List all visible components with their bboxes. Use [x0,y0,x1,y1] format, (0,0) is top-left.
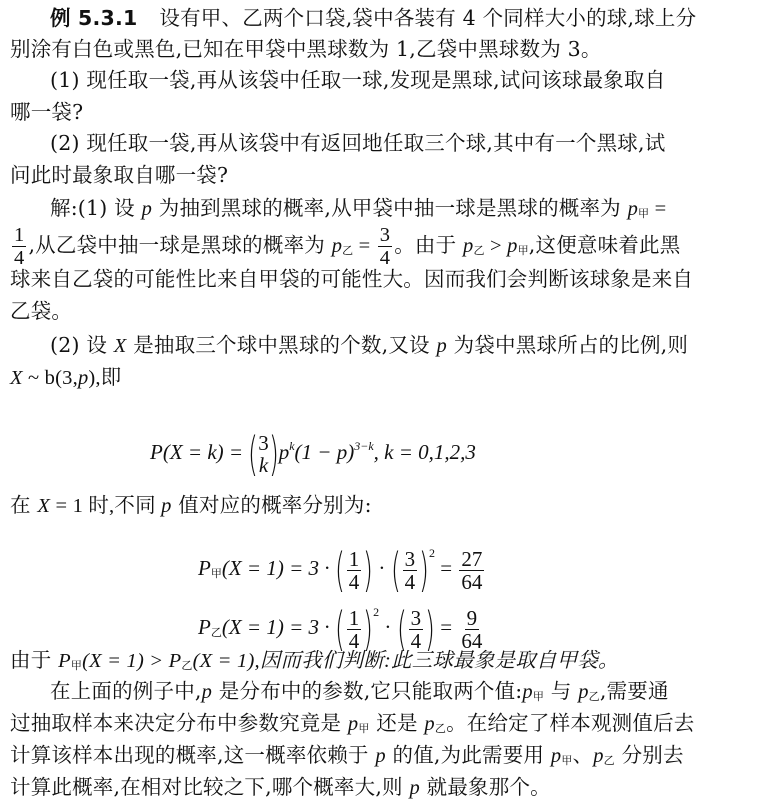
binomial-formula: P(X = k) = (3k)pk(1 − p)3−k, k = 0,1,2,3 [150,418,476,480]
discussion-line-3: 计算该样本出现的概率,这一概率依赖于 p 的值,为此需要用 p甲、p乙 分别去 [10,741,763,775]
solution-2-line-3: 在 X = 1 时,不同 p 值对应的概率分别为: [10,491,763,520]
solution-1-line-4: 乙袋。 [10,297,763,325]
result-9-64: 964 [459,607,484,652]
question-2-line-1: (2) 现任取一袋,再从该袋中有返回地任取三个球,其中有一个黑球,试 [50,129,763,157]
solution-2-line-2: X ~ b(3,p),即 [10,363,763,392]
conclusion-line: 由于 P甲(X = 1) > P乙(X = 1),因而我们判断:此三球最象是取自… [10,646,763,680]
example-statement-line-2: 别涂有白色或黑色,已知在甲袋中黑球数为 1,乙袋中黑球数为 3。 [10,35,763,63]
discussion-line-2: 过抽取样本来决定分布中参数究竟是 p甲 还是 p乙。在给定了样本观测值后去 [10,709,763,743]
discussion-line-1: 在上面的例子中,p 是分布中的参数,它只能取两个值:p甲 与 p乙,需要通 [50,677,763,711]
example-statement-line-1: 例 5.3.1设有甲、乙两个口袋,袋中各装有 4 个同样大小的球,球上分 [50,4,763,32]
question-2-line-2: 问此时最象取自哪一袋? [10,161,763,189]
fraction-three-quarters: 34 [378,224,392,269]
question-1-line-1: (1) 现任取一袋,再从该袋中任取一球,发现是黑球,试问该球最象取自 [50,66,763,94]
example-label: 例 5.3.1 [50,6,137,30]
solution-1-line-2: 14,从乙袋中抽一球是黑球的概率为 p乙 = 34。由于 p乙 > p甲,这便意… [10,224,763,269]
discussion-line-4: 计算此概率,在相对比较之下,哪个概率大,则 p 就最象那个。 [10,773,763,802]
solution-2-line-1: (2) 设 X 是抽取三个球中黑球的个数,又设 p 为袋中黑球所占的比例,则 [50,331,763,360]
solution-1-line-1: 解:(1) 设 p 为抽到黑球的概率,从甲袋中抽一球是黑球的概率为 p甲 = [50,194,763,228]
fraction-one-quarter: 14 [12,224,26,269]
question-1-line-2: 哪一袋? [10,98,763,126]
binomial-coefficient: 3k [258,432,269,476]
solution-1-line-3: 球来自乙袋的可能性比来自甲袋的可能性大。因而我们会判断该球象是来自 [10,265,763,293]
